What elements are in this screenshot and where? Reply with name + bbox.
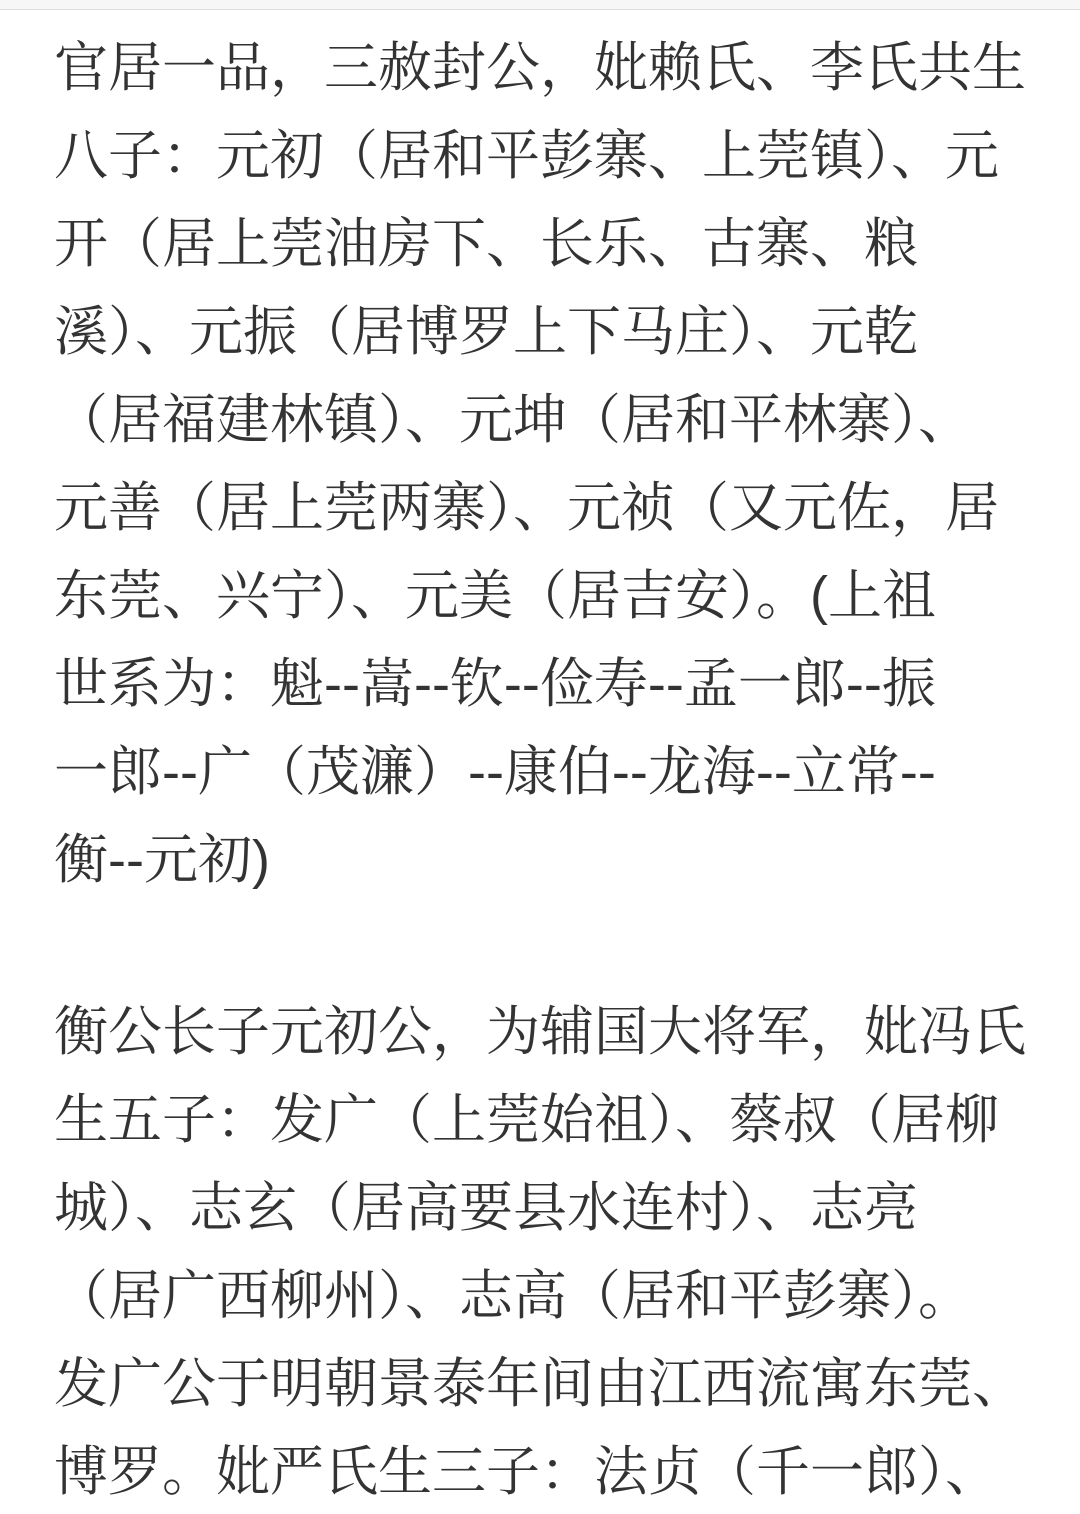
document-body: 官居一品，三赦封公，妣赖氏、李氏共生 八子：元初（居和平彭寨、上莞镇）、元 开（… — [0, 10, 1080, 1514]
text-line: 溪）、元振（居博罗上下马庄）、元乾 — [54, 288, 1026, 376]
text-line: 官居一品，三赦封公，妣赖氏、李氏共生 — [54, 24, 1026, 112]
page-top-divider — [0, 0, 1080, 10]
text-line: 城）、志玄（居高要县水连村）、志亮 — [54, 1164, 1026, 1252]
text-line: 发广公于明朝景泰年间由江西流寓东莞、 — [54, 1340, 1026, 1428]
text-line: 生五子：发广（上莞始祖）、蔡叔（居柳 — [54, 1076, 1026, 1164]
text-line: 东莞、兴宁）、元美（居吉安）。(上祖 — [54, 552, 1026, 640]
text-line: 衡--元初) — [54, 816, 1026, 904]
text-line: 一郎--广（茂濂）--康伯--龙海--立常-- — [54, 728, 1026, 816]
text-line: 博罗。妣严氏生三子：法贞（千一郎）、 — [54, 1428, 1026, 1514]
text-line: （居广西柳州）、志高（居和平彭寨）。 — [54, 1252, 1026, 1340]
paragraph-genealogy-hengong-sons: 衡公长子元初公，为辅国大将军，妣冯氏 生五子：发广（上莞始祖）、蔡叔（居柳 城）… — [54, 988, 1026, 1514]
text-line: 世系为：魁--嵩--钦--俭寿--孟一郎--振 — [54, 640, 1026, 728]
text-line: 元善（居上莞两寨）、元祯（又元佐，居 — [54, 464, 1026, 552]
text-line: （居福建林镇）、元坤（居和平林寨）、 — [54, 376, 1026, 464]
text-line: 衡公长子元初公，为辅国大将军，妣冯氏 — [54, 988, 1026, 1076]
text-line: 开（居上莞油房下、长乐、古寨、粮 — [54, 200, 1026, 288]
text-line: 八子：元初（居和平彭寨、上莞镇）、元 — [54, 112, 1026, 200]
paragraph-genealogy-yuanchu-brothers: 官居一品，三赦封公，妣赖氏、李氏共生 八子：元初（居和平彭寨、上莞镇）、元 开（… — [54, 24, 1026, 904]
